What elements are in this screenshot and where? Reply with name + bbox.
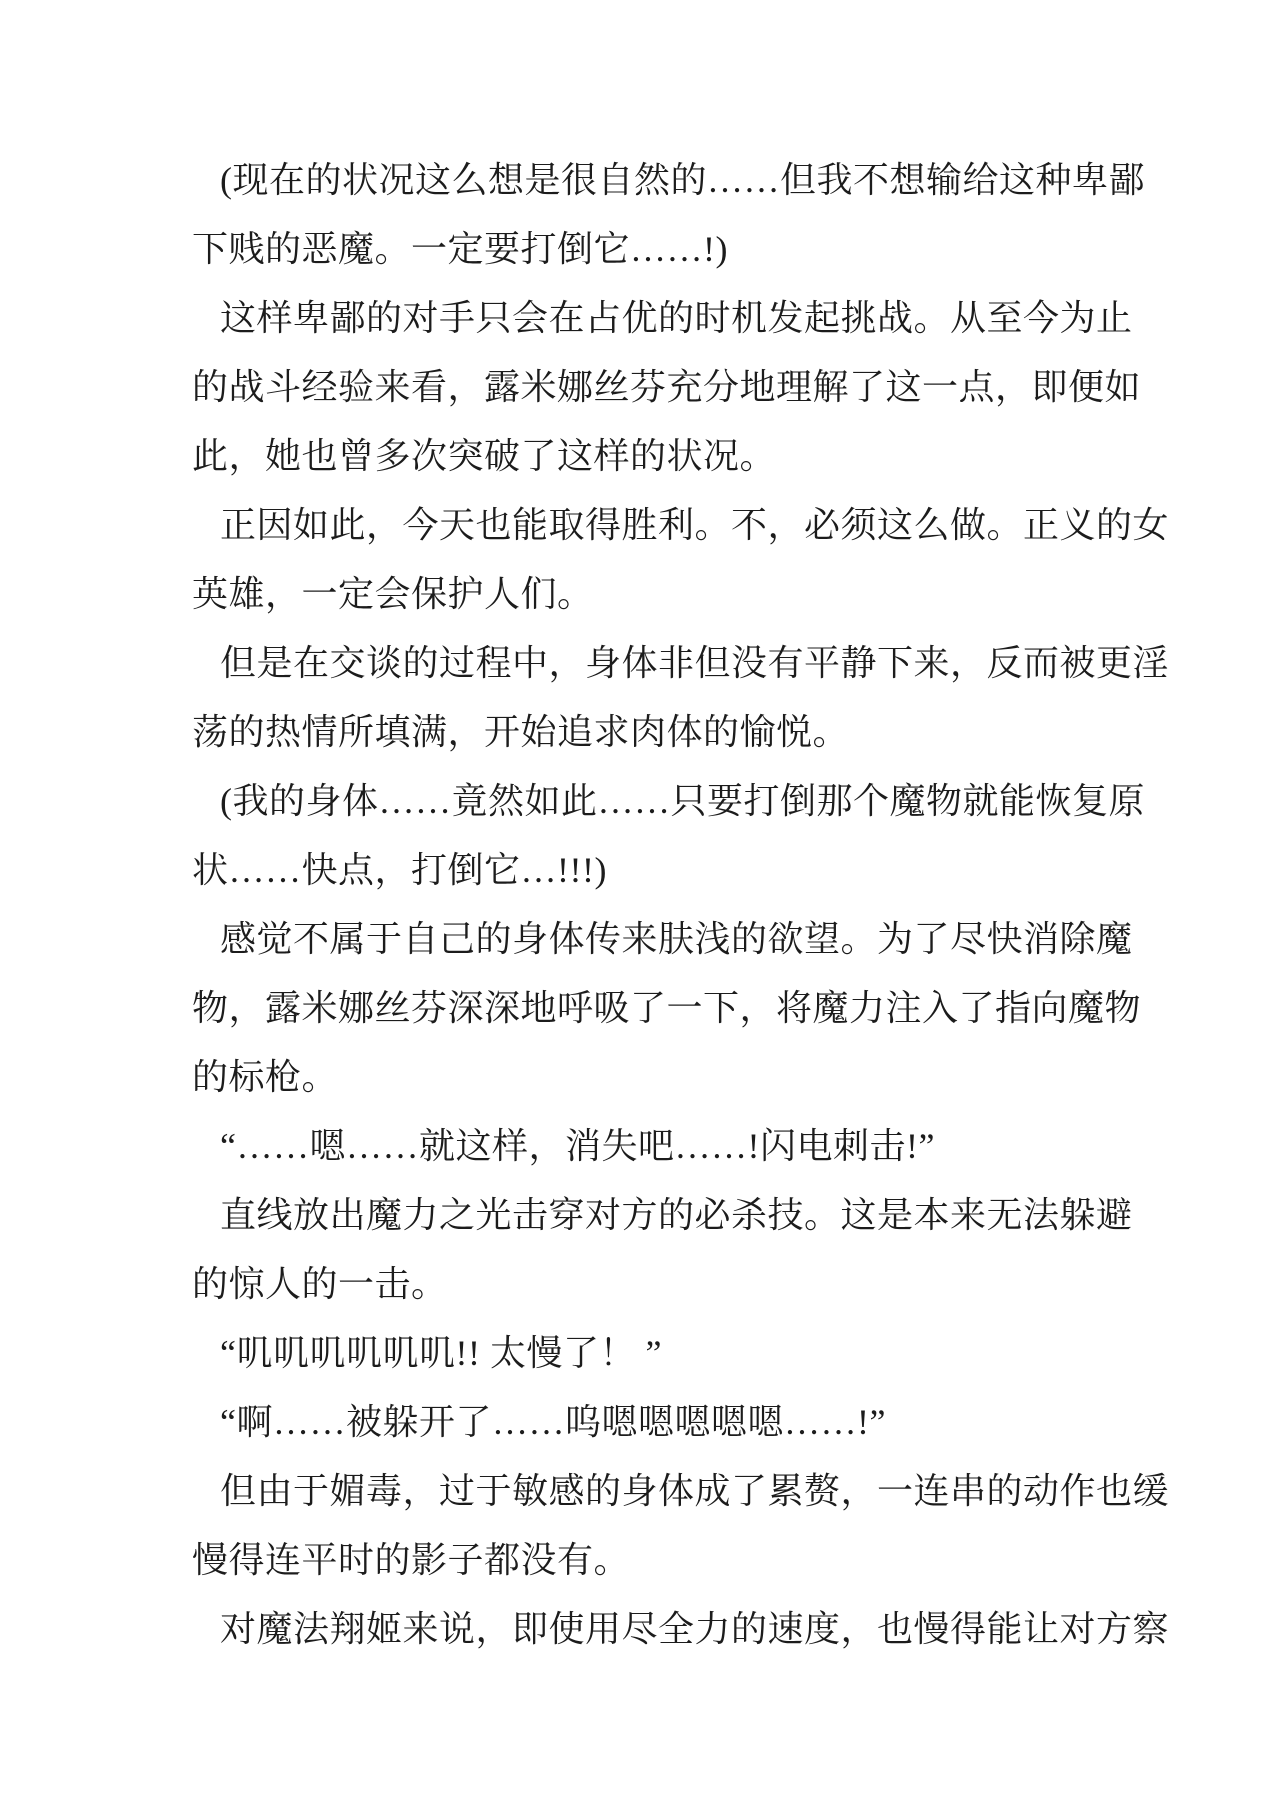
text-line: 的战斗经验来看，露米娜丝芬充分地理解了这一点，即便如	[192, 353, 1130, 422]
text-line: 物，露米娜丝芬深深地呼吸了一下，将魔力注入了指向魔物	[192, 974, 1130, 1043]
text-line: “……嗯……就这样，消失吧……!闪电刺击!”	[192, 1112, 1130, 1181]
text-body: (现在的状况这么想是很自然的……但我不想输给这种卑鄙下贱的恶魔。一定要打倒它………	[192, 146, 1130, 1664]
text-line: 直线放出魔力之光击穿对方的必杀技。这是本来无法躲避	[192, 1181, 1130, 1250]
text-line: 但是在交谈的过程中，身体非但没有平静下来，反而被更淫	[192, 629, 1130, 698]
text-line: 的惊人的一击。	[192, 1250, 1130, 1319]
text-line: 感觉不属于自己的身体传来肤浅的欲望。为了尽快消除魔	[192, 905, 1130, 974]
text-line: 正因如此，今天也能取得胜利。不，必须这么做。正义的女	[192, 491, 1130, 560]
text-line: 此，她也曾多次突破了这样的状况。	[192, 422, 1130, 491]
text-line: (我的身体……竟然如此……只要打倒那个魔物就能恢复原	[192, 767, 1130, 836]
text-line: “叽叽叽叽叽叽!! 太慢了！ ”	[192, 1319, 1130, 1388]
text-line: 慢得连平时的影子都没有。	[192, 1526, 1130, 1595]
text-line: “啊……被躲开了……呜嗯嗯嗯嗯嗯……!”	[192, 1388, 1130, 1457]
text-line: 状……快点，打倒它…!!!)	[192, 836, 1130, 905]
text-line: 但由于媚毒，过于敏感的身体成了累赘，一连串的动作也缓	[192, 1457, 1130, 1526]
text-line: 对魔法翔姬来说，即使用尽全力的速度，也慢得能让对方察	[192, 1595, 1130, 1664]
text-line: 的标枪。	[192, 1043, 1130, 1112]
text-line: 下贱的恶魔。一定要打倒它……!)	[192, 215, 1130, 284]
text-line: 这样卑鄙的对手只会在占优的时机发起挑战。从至今为止	[192, 284, 1130, 353]
text-line: (现在的状况这么想是很自然的……但我不想输给这种卑鄙	[192, 146, 1130, 215]
document-page: (现在的状况这么想是很自然的……但我不想输给这种卑鄙下贱的恶魔。一定要打倒它………	[0, 0, 1280, 1810]
text-line: 英雄，一定会保护人们。	[192, 560, 1130, 629]
text-line: 荡的热情所填满，开始追求肉体的愉悦。	[192, 698, 1130, 767]
